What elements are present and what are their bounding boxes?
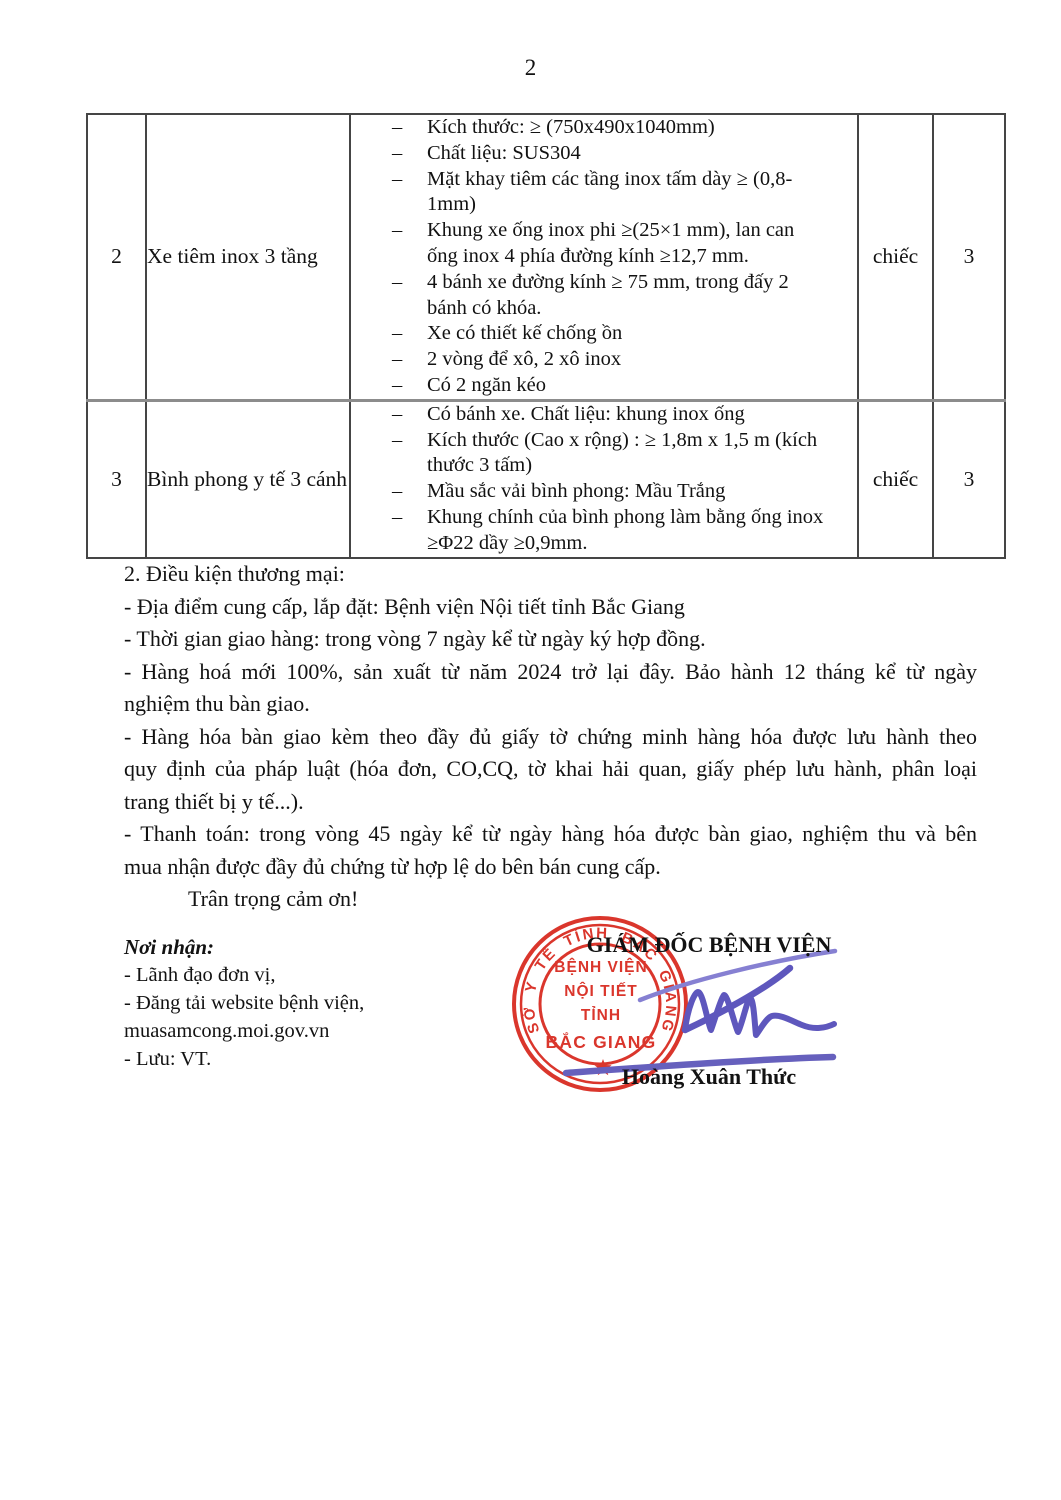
unit-cell: chiếc bbox=[858, 400, 933, 557]
specs-list: Có bánh xe. Chất liệu: khung inox ốngKíc… bbox=[351, 402, 857, 557]
stt-cell: 3 bbox=[87, 400, 146, 557]
items-table: 2Xe tiêm inox 3 tầngKích thước: ≥ (750x4… bbox=[86, 113, 1006, 559]
spec-item: Khung xe ống inox phi ≥(25×1 mm), lan ca… bbox=[351, 218, 857, 270]
item-name-cell: Xe tiêm inox 3 tầng bbox=[146, 114, 350, 400]
specs-cell: Có bánh xe. Chất liệu: khung inox ốngKíc… bbox=[350, 400, 858, 557]
items-table-body: 2Xe tiêm inox 3 tầngKích thước: ≥ (750x4… bbox=[87, 114, 1005, 558]
condition-line: - Hàng hóa bàn giao kèm theo đầy đủ giấy… bbox=[124, 721, 977, 754]
table-row: 3Bình phong y tế 3 cánhCó bánh xe. Chất … bbox=[87, 400, 1005, 557]
spec-item: Có bánh xe. Chất liệu: khung inox ống bbox=[351, 402, 857, 428]
spec-item: Chất liệu: SUS304 bbox=[351, 141, 857, 167]
unit-cell: chiếc bbox=[858, 114, 933, 400]
condition-line: trang thiết bị y tế...). bbox=[124, 786, 977, 819]
document-page: 2 2Xe tiêm inox 3 tầngKích thước: ≥ (750… bbox=[0, 0, 1061, 1500]
condition-line: - Thời gian giao hàng: trong vòng 7 ngày… bbox=[124, 623, 977, 656]
recipients-title: Nơi nhận: bbox=[124, 933, 364, 961]
stt-cell: 2 bbox=[87, 114, 146, 400]
condition-line: nghiệm thu bàn giao. bbox=[124, 688, 977, 721]
director-title: GIÁM ĐỐC BỆNH VIỆN bbox=[559, 932, 859, 958]
condition-line: - Thanh toán: trong vòng 45 ngày kể từ n… bbox=[124, 818, 977, 851]
spec-item: Xe có thiết kế chống ồn bbox=[351, 321, 857, 347]
recipient-line: - Đăng tải website bệnh viện, bbox=[124, 989, 364, 1017]
item-name-cell: Bình phong y tế 3 cánh bbox=[146, 400, 350, 557]
spec-item: Mặt khay tiêm các tầng inox tấm dày ≥ (0… bbox=[351, 167, 857, 219]
quantity-cell: 3 bbox=[933, 114, 1005, 400]
recipient-line: muasamcong.moi.gov.vn bbox=[124, 1017, 364, 1045]
condition-line: quy định của pháp luật (hóa đơn, CO,CQ, … bbox=[124, 753, 977, 786]
specs-list: Kích thước: ≥ (750x490x1040mm)Chất liệu:… bbox=[351, 115, 857, 399]
conditions-section: 2. Điều kiện thương mại:- Địa điểm cung … bbox=[124, 558, 977, 916]
condition-line: - Hàng hoá mới 100%, sản xuất từ năm 202… bbox=[124, 656, 977, 689]
quantity-cell: 3 bbox=[933, 400, 1005, 557]
signer-name: Hoàng Xuân Thức bbox=[559, 1064, 859, 1090]
recipient-line: - Lưu: VT. bbox=[124, 1045, 364, 1073]
condition-line: - Địa điểm cung cấp, lắp đặt: Bệnh viện … bbox=[124, 591, 977, 624]
spec-item: Kích thước: ≥ (750x490x1040mm) bbox=[351, 115, 857, 141]
condition-line: 2. Điều kiện thương mại: bbox=[124, 558, 977, 591]
signature-zigzag bbox=[685, 992, 834, 1035]
spec-item: Kích thước (Cao x rộng) : ≥ 1,8m x 1,5 m… bbox=[351, 428, 857, 480]
spec-item: 4 bánh xe đường kính ≥ 75 mm, trong đấy … bbox=[351, 270, 857, 322]
signature-top-swoosh bbox=[640, 951, 835, 1000]
specs-cell: Kích thước: ≥ (750x490x1040mm)Chất liệu:… bbox=[350, 114, 858, 400]
condition-line: Trân trọng cảm ơn! bbox=[124, 883, 977, 916]
spec-item: Có 2 ngăn kéo bbox=[351, 373, 857, 399]
recipients-block: Nơi nhận: - Lãnh đạo đơn vị,- Đăng tải w… bbox=[124, 933, 364, 1073]
spec-item: 2 vòng để xô, 2 xô inox bbox=[351, 347, 857, 373]
table-row: 2Xe tiêm inox 3 tầngKích thước: ≥ (750x4… bbox=[87, 114, 1005, 400]
recipients-lines: - Lãnh đạo đơn vị,- Đăng tải website bện… bbox=[124, 961, 364, 1073]
spec-item: Mầu sắc vải bình phong: Mầu Trắng bbox=[351, 479, 857, 505]
page-number: 2 bbox=[0, 55, 1061, 81]
spec-item: Khung chính của bình phong làm bằng ống … bbox=[351, 505, 857, 557]
condition-line: mua nhận được đầy đủ chứng từ hợp lệ do … bbox=[124, 851, 977, 884]
recipient-line: - Lãnh đạo đơn vị, bbox=[124, 961, 364, 989]
